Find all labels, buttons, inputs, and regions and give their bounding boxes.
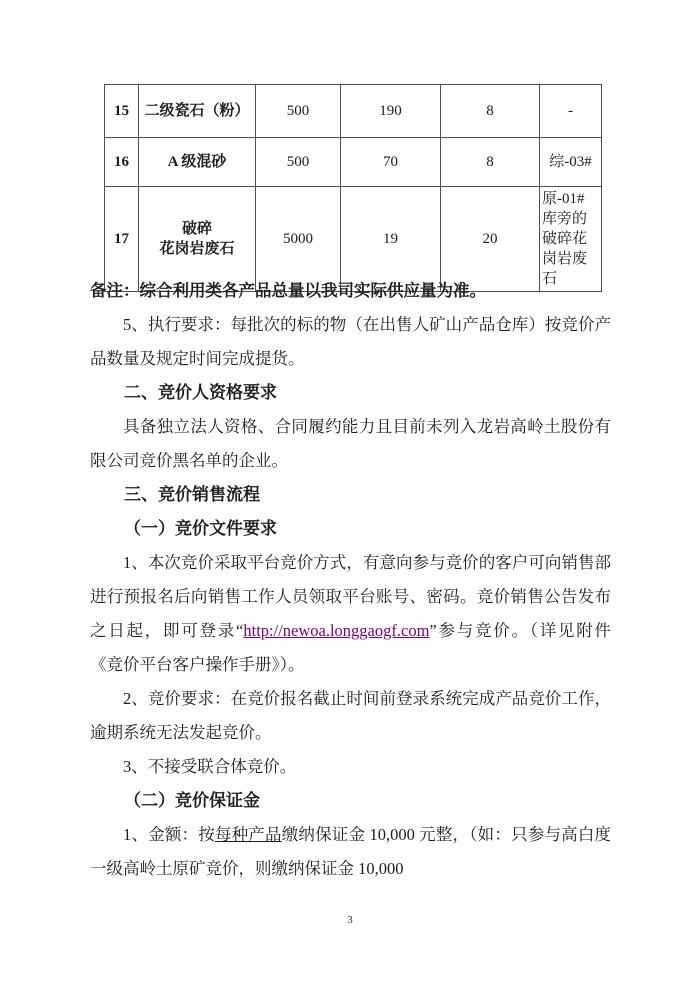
- product-name: 花岗岩废石: [141, 239, 253, 259]
- product-name: 二级瓷石（粉）: [141, 101, 253, 121]
- heading-subsection-1: （一）竞价文件要求: [90, 512, 611, 546]
- product-name-cell: 二级瓷石（粉）: [139, 85, 256, 138]
- heading-section-2: 二、竞价人资格要求: [90, 376, 611, 410]
- heading-subsection-2: （二）竞价保证金: [90, 784, 611, 818]
- row-number-cell: 16: [105, 138, 139, 187]
- auction-platform-link[interactable]: http://newoa.longgaogf.com: [243, 621, 429, 640]
- product-name-cell: A 级混砂: [139, 138, 256, 187]
- paragraph-execution: 5、执行要求：每批次的标的物（在出售人矿山产品仓库）按竞价产品数量及规定时间完成…: [90, 308, 611, 376]
- paragraph-qualification: 具备独立法人资格、合同履约能力且目前未列入龙岩高岭土股份有限公司竞价黑名单的企业…: [90, 410, 611, 478]
- warehouse-note-cell: 综-03#: [540, 138, 602, 187]
- table-row: 16 A 级混砂 500 70 8 综-03#: [105, 138, 602, 187]
- table-cell: 500: [256, 85, 341, 138]
- note-line: 备注：综合利用类各产品总量以我司实际供应量为准。: [90, 274, 611, 308]
- document-body: 备注：综合利用类各产品总量以我司实际供应量为准。 5、执行要求：每批次的标的物（…: [90, 274, 611, 886]
- table-cell: 190: [341, 85, 441, 138]
- table-row: 15 二级瓷石（粉） 500 190 8 -: [105, 85, 602, 138]
- paragraph-requirement: 2、竞价要求：在竞价报名截止时间前登录系统完成产品竞价工作，逾期系统无法发起竞价…: [90, 682, 611, 750]
- page-number: 3: [0, 914, 700, 926]
- product-name: 破碎: [141, 219, 253, 239]
- row-number-cell: 15: [105, 85, 139, 138]
- table-cell: 8: [441, 85, 540, 138]
- table-cell: 70: [341, 138, 441, 187]
- product-table: 15 二级瓷石（粉） 500 190 8 - 16 A 级混砂 500 70 8…: [104, 84, 602, 292]
- table-cell: 8: [441, 138, 540, 187]
- paragraph-text: 1、金额：按: [123, 825, 215, 844]
- warehouse-note-cell: -: [540, 85, 602, 138]
- paragraph-platform: 1、本次竞价采取平台竞价方式，有意向参与竞价的客户可向销售部进行预报名后向销售工…: [90, 546, 611, 682]
- heading-section-3: 三、竞价销售流程: [90, 478, 611, 512]
- underlined-text: 每种产品: [215, 825, 282, 844]
- document-page: 15 二级瓷石（粉） 500 190 8 - 16 A 级混砂 500 70 8…: [0, 0, 700, 990]
- paragraph-no-consortium: 3、不接受联合体竞价。: [90, 750, 611, 784]
- table-cell: 500: [256, 138, 341, 187]
- product-name: A 级混砂: [141, 152, 253, 172]
- paragraph-deposit: 1、金额：按每种产品缴纳保证金 10,000 元整，（如：只参与高白度一级高岭土…: [90, 818, 611, 886]
